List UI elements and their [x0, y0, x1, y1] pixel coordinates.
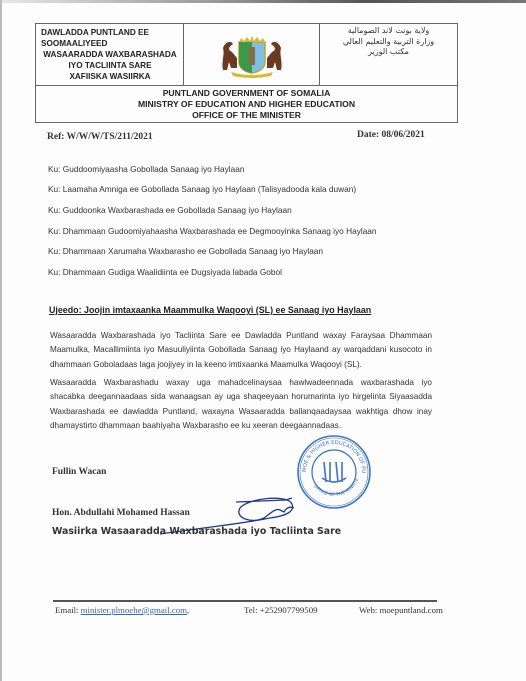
- scan-edge-top: [0, 0, 526, 3]
- coat-of-arms-icon: [184, 24, 320, 85]
- letterhead-line: PUNTLAND GOVERNMENT OF SOMALIA: [36, 88, 457, 99]
- email-label: Email:: [55, 605, 81, 615]
- subject-line: Ujeedo: Joojin imtaxaanka Maammulka Waqo…: [49, 305, 371, 315]
- letterhead-somali: DAWLADDA PUNTLAND EE SOOMAALIYEED WASAAR…: [36, 24, 184, 85]
- footer-web: Web: moepuntland.com: [359, 605, 443, 615]
- letterhead-line: DAWLADDA PUNTLAND EE: [41, 27, 183, 38]
- email-link[interactable]: minister.plmoehe@gmail.com: [81, 605, 187, 615]
- letter-date: Date: 08/06/2021: [357, 130, 425, 140]
- footer-email: Email: minister.plmoehe@gmail.com,: [55, 605, 189, 615]
- letterhead-line: IYO TACLIINTA SARE: [41, 60, 183, 71]
- letterhead-english: PUNTLAND GOVERNMENT OF SOMALIA MINISTRY …: [36, 86, 457, 122]
- body-paragraph: Wasaaradda Waxbarashada iyo Tacliinta Sa…: [50, 329, 432, 372]
- body-paragraph: Wasaaradda Waxbarashadu waxay uga mahadc…: [50, 376, 432, 434]
- recipient-line: Ku: Dhammaan Xarumaha Waxbarasho ee Gobo…: [48, 246, 323, 256]
- letterhead-line: MINISTRY OF EDUCATION AND HIGHER EDUCATI…: [36, 99, 457, 110]
- signer-title: Wasiirka Wasaaradda Waxbarashada iyo Tac…: [52, 526, 341, 537]
- footer-divider: [53, 600, 437, 602]
- letterhead-line: وزارة التربية والتعليم العالي: [320, 37, 457, 48]
- closing-salutation: Fullin Wacan: [52, 467, 106, 477]
- scan-edge-left: [0, 0, 2, 681]
- letterhead-arabic: ولاية بونت لاند الصومالية وزارة التربية …: [320, 24, 457, 85]
- recipient-line: Ku: Guddoomiyaasha Gobollada Sanaag iyo …: [48, 164, 245, 174]
- letterhead-line: XAFIISKA WASIIRKA: [41, 71, 183, 82]
- email-suffix: ,: [187, 605, 189, 615]
- recipient-line: Ku: Dhammaan Gudiga Waalidiinta ee Dugsi…: [48, 267, 282, 277]
- letterhead-line: مكتب الوزير: [320, 47, 457, 58]
- reference-number: Ref: W/W/W/TS/211/2021: [47, 132, 153, 142]
- letterhead-line: SOOMAALIYEED: [41, 38, 183, 49]
- footer-tel: Tel: +252907799509: [244, 605, 318, 615]
- letterhead-line: WASAARADDA WAXBARASHADA: [41, 49, 183, 60]
- letterhead-line: ولاية بونت لاند الصومالية: [320, 26, 457, 37]
- letterhead: DAWLADDA PUNTLAND EE SOOMAALIYEED WASAAR…: [35, 23, 458, 123]
- recipient-line: Ku: Dhammaan Gudoomiyahaasha Waxbarashad…: [48, 226, 377, 236]
- signer-name: Hon. Abdullahi Mohamed Hassan: [52, 508, 190, 518]
- recipient-line: Ku: Laamaha Amniga ee Gobollada Sanaag i…: [48, 184, 356, 194]
- recipient-line: Ku: Guddoonka Waxbarashada ee Gobollada …: [48, 205, 292, 215]
- letterhead-line: OFFICE OF THE MINISTER: [36, 110, 457, 121]
